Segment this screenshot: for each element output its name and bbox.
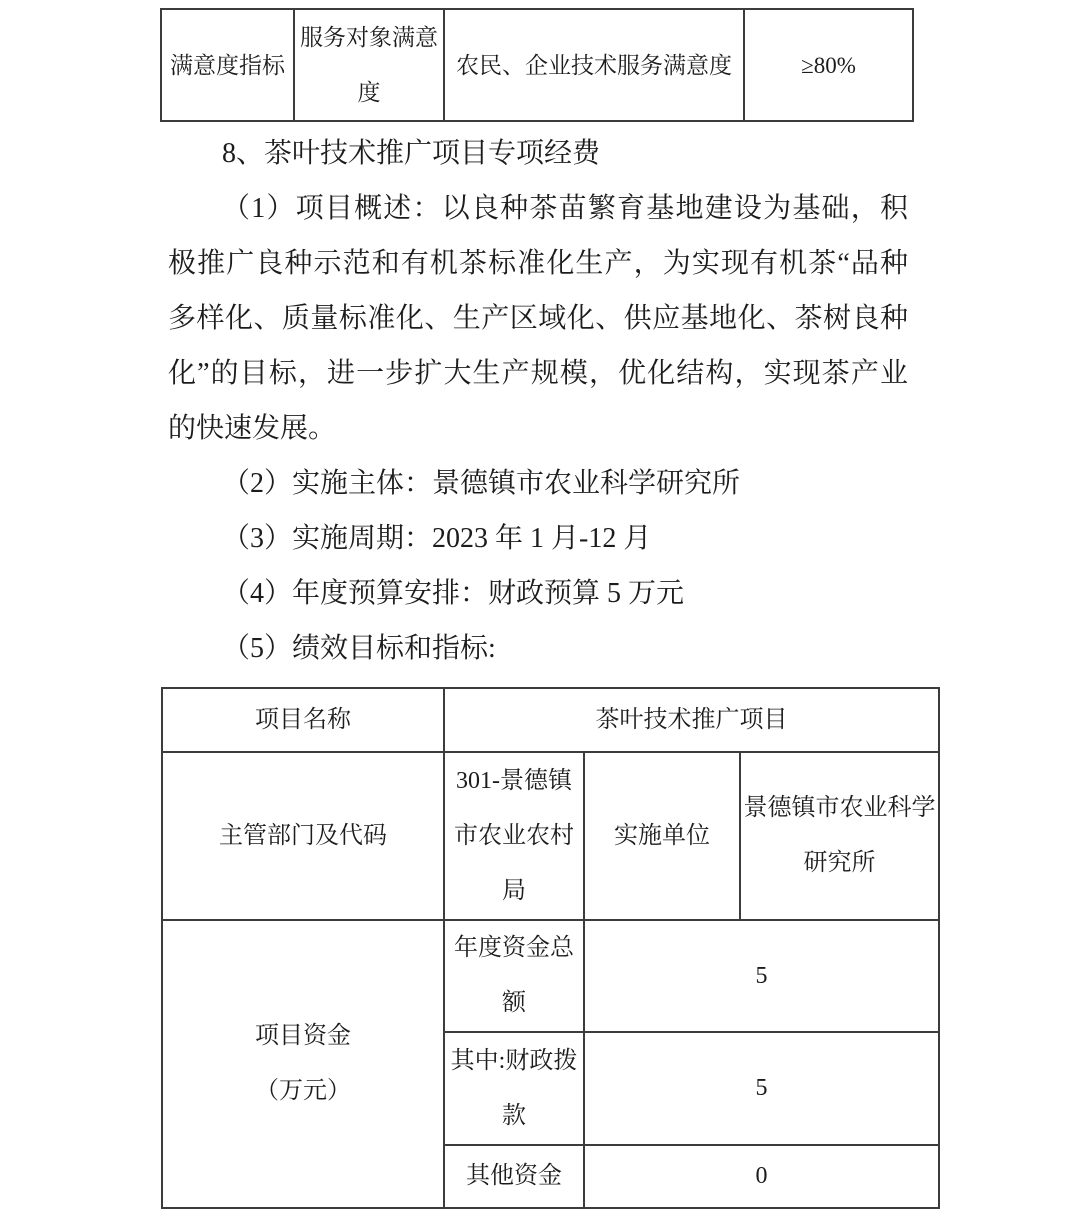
paragraph-line: （1）项目概述：以良种茶苗繁育基地建设为基础，积 [168, 181, 908, 236]
satisfaction-indicator-table: 满意度指标 服务对象满意度 农民、企业技术服务满意度 ≥80% [160, 8, 914, 122]
performance-target-table: 项目名称 茶叶技术推广项目 主管部门及代码 301-景德镇市农业农村局 实施单位… [161, 687, 940, 1209]
section-heading: 8、茶叶技术推广项目专项经费 [168, 126, 908, 181]
table-row: 项目资金 （万元） 年度资金总额 5 [162, 920, 939, 1032]
table-row: 主管部门及代码 301-景德镇市农业农村局 实施单位 景德镇市农业科学研究所 [162, 752, 939, 920]
cell-funding-total-label: 年度资金总额 [444, 920, 584, 1032]
table-row: 满意度指标 服务对象满意度 农民、企业技术服务满意度 ≥80% [161, 9, 913, 121]
paragraph-line: 化”的目标，进一步扩大生产规模，优化结构，实现茶产业 [168, 346, 908, 401]
cell-project-name-value: 茶叶技术推广项目 [444, 688, 939, 752]
cell-funding-label: 项目资金 （万元） [162, 920, 444, 1208]
cell-funding-other-value: 0 [584, 1145, 939, 1208]
cell-funding-other-label: 其他资金 [444, 1145, 584, 1208]
cell-impl-unit-value: 景德镇市农业科学研究所 [740, 752, 939, 920]
cell-dept-code: 301-景德镇市农业农村局 [444, 752, 584, 920]
paragraph-line: 多样化、质量标准化、生产区域化、供应基地化、茶树良种 [168, 291, 908, 346]
list-item-budget: （4）年度预算安排：财政预算 5 万元 [168, 566, 908, 621]
cell-indicator-category: 满意度指标 [161, 9, 294, 121]
cell-indicator-name: 服务对象满意度 [294, 9, 444, 121]
cell-impl-unit-label: 实施单位 [584, 752, 740, 920]
list-item-performance: （5）绩效目标和指标: [168, 621, 908, 676]
cell-dept-label: 主管部门及代码 [162, 752, 444, 920]
cell-indicator-target: ≥80% [744, 9, 913, 121]
cell-funding-fiscal-value: 5 [584, 1032, 939, 1145]
list-item-implementer: （2）实施主体：景德镇市农业科学研究所 [168, 456, 908, 511]
paragraph-line: 的快速发展。 [168, 401, 908, 456]
cell-project-name-label: 项目名称 [162, 688, 444, 752]
cell-funding-total-value: 5 [584, 920, 939, 1032]
cell-indicator-detail: 农民、企业技术服务满意度 [444, 9, 744, 121]
document-page: 满意度指标 服务对象满意度 农民、企业技术服务满意度 ≥80% 8、茶叶技术推广… [0, 0, 1074, 1231]
table-row: 项目名称 茶叶技术推广项目 [162, 688, 939, 752]
body-text: 8、茶叶技术推广项目专项经费 （1）项目概述：以良种茶苗繁育基地建设为基础，积 … [168, 126, 908, 676]
list-item-period: （3）实施周期：2023 年 1 月-12 月 [168, 511, 908, 566]
cell-funding-fiscal-label: 其中:财政拨款 [444, 1032, 584, 1145]
paragraph-line: 极推广良种示范和有机茶标准化生产，为实现有机茶“品种 [168, 236, 908, 291]
